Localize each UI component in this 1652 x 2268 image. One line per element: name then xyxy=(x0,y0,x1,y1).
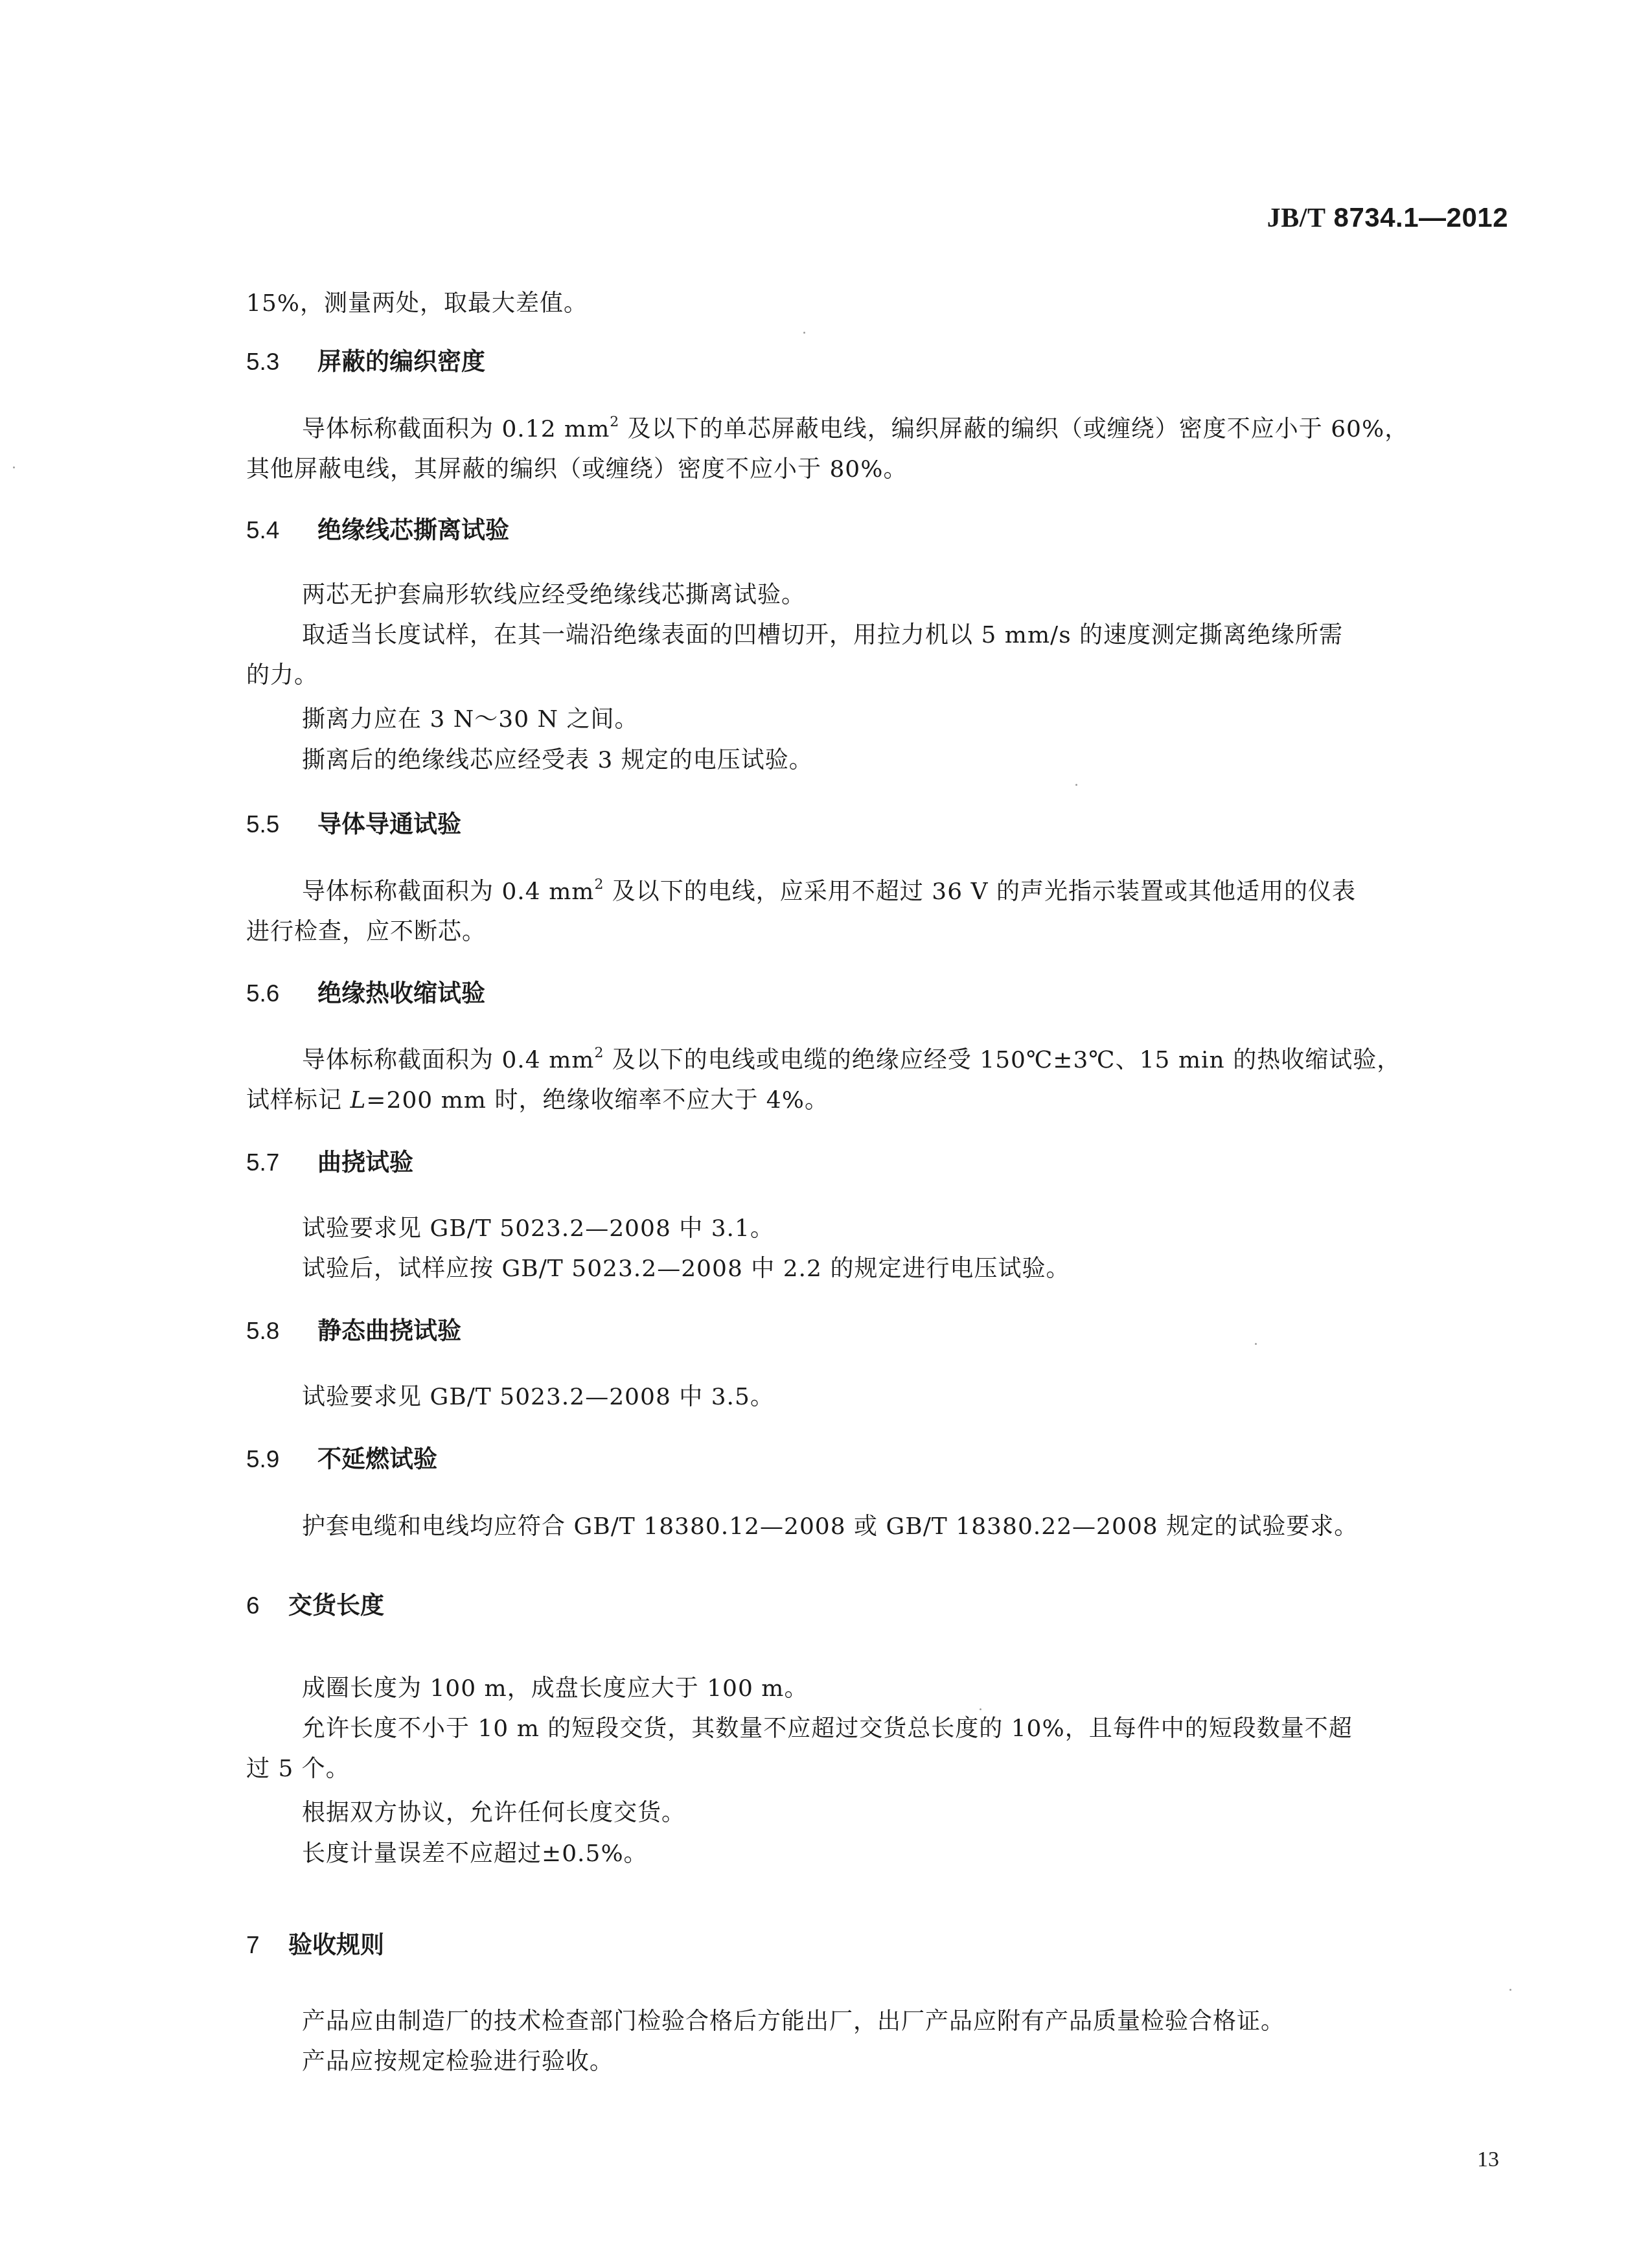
paragraph-continuation: 试样标记 L=200 mm 时，绝缘收缩率不应大于 4%。 xyxy=(246,1082,829,1115)
section-heading-7: 7验收规则 xyxy=(246,1925,384,1960)
scan-speck xyxy=(1075,784,1077,786)
superscript: 2 xyxy=(594,1045,604,1061)
paragraph: 成圈长度为 100 m，成盘长度应大于 100 m。 xyxy=(302,1670,808,1703)
section-heading-6: 6交货长度 xyxy=(246,1586,384,1621)
standard-code: JB/T 8734.1—2012 xyxy=(1267,202,1508,234)
paragraph-continuation: 进行检查，应不断芯。 xyxy=(246,913,486,946)
section-heading-5-7: 5.7曲挠试验 xyxy=(246,1143,413,1178)
paragraph: 撕离后的绝缘线芯应经受表 3 规定的电压试验。 xyxy=(302,742,813,775)
paragraph: 两芯无护套扁形软线应经受绝缘线芯撕离试验。 xyxy=(302,577,805,610)
section-number: 5.9 xyxy=(246,1446,317,1473)
section-title: 屏蔽的编织密度 xyxy=(317,348,485,376)
section-heading-5-5: 5.5导体导通试验 xyxy=(246,805,461,840)
section-number: 5.4 xyxy=(246,517,317,544)
superscript: 2 xyxy=(610,414,619,430)
scan-speck xyxy=(803,332,805,334)
scan-speck xyxy=(1509,1989,1511,1991)
section-title: 不延燃试验 xyxy=(317,1445,437,1473)
standard-code-number: 8734.1—2012 xyxy=(1334,202,1508,233)
section-title: 验收规则 xyxy=(288,1931,384,1959)
scan-speck xyxy=(13,466,15,468)
section-title: 曲挠试验 xyxy=(317,1149,413,1176)
paragraph: 根据双方协议，允许任何长度交货。 xyxy=(302,1794,685,1827)
paragraph: 试验要求见 GB/T 5023.2—2008 中 3.1。 xyxy=(302,1210,774,1243)
section-number: 5.5 xyxy=(246,811,317,838)
section-number: 5.7 xyxy=(246,1149,317,1176)
section-title: 导体导通试验 xyxy=(317,810,461,838)
paragraph: 导体标称截面积为 0.4 mm2 及以下的电线，应采用不超过 36 V 的声光指… xyxy=(302,873,1356,906)
section-heading-5-9: 5.9不延燃试验 xyxy=(246,1439,437,1474)
paragraph: 导体标称截面积为 0.12 mm2 及以下的单芯屏蔽电线，编织屏蔽的编织（或缠绕… xyxy=(302,411,1408,444)
paragraph: 试验要求见 GB/T 5023.2—2008 中 3.5。 xyxy=(302,1379,774,1412)
paragraph: 允许长度不小于 10 m 的短段交货，其数量不应超过交货总长度的 10%，且每件… xyxy=(302,1710,1353,1743)
variable: L xyxy=(350,1087,366,1114)
section-title: 绝缘热收缩试验 xyxy=(317,979,485,1007)
paragraph: 长度计量误差不应超过±0.5%。 xyxy=(302,1835,648,1868)
paragraph-continuation: 的力。 xyxy=(246,657,318,690)
section-title: 绝缘线芯撕离试验 xyxy=(317,516,509,544)
page-number: 13 xyxy=(1477,2148,1499,2172)
paragraph: 产品应由制造厂的技术检查部门检验合格后方能出厂，出厂产品应附有产品质量检验合格证… xyxy=(302,2003,1285,2036)
paragraph: 导体标称截面积为 0.4 mm2 及以下的电线或电缆的绝缘应经受 150℃±3℃… xyxy=(302,1042,1401,1075)
continuation-text: 15%，测量两处，取最大差值。 xyxy=(246,285,588,318)
section-number: 5.8 xyxy=(246,1318,317,1345)
section-heading-5-3: 5.3屏蔽的编织密度 xyxy=(246,342,485,377)
paragraph: 试验后，试样应按 GB/T 5023.2—2008 中 2.2 的规定进行电压试… xyxy=(302,1250,1070,1283)
section-number: 5.3 xyxy=(246,349,317,376)
section-number: 7 xyxy=(246,1932,288,1959)
text-run: 及以下的单芯屏蔽电线，编织屏蔽的编织（或缠绕）密度不应小于 60%， xyxy=(619,416,1408,442)
text-run: 及以下的电线，应采用不超过 36 V 的声光指示装置或其他适用的仪表 xyxy=(604,878,1356,905)
text-run: 导体标称截面积为 0.4 mm xyxy=(302,878,594,905)
paragraph: 护套电缆和电线均应符合 GB/T 18380.12—2008 或 GB/T 18… xyxy=(302,1508,1358,1541)
text-run: 及以下的电线或电缆的绝缘应经受 150℃±3℃、15 min 的热收缩试验， xyxy=(604,1047,1401,1073)
section-heading-5-6: 5.6绝缘热收缩试验 xyxy=(246,974,485,1009)
paragraph-continuation: 其他屏蔽电线，其屏蔽的编织（或缠绕）密度不应小于 80%。 xyxy=(246,451,907,484)
section-heading-5-8: 5.8静态曲挠试验 xyxy=(246,1311,461,1346)
section-number: 6 xyxy=(246,1592,288,1620)
section-title: 交货长度 xyxy=(288,1592,384,1620)
standard-code-prefix: JB/T xyxy=(1267,203,1326,233)
scan-speck xyxy=(980,1708,981,1710)
superscript: 2 xyxy=(594,876,604,893)
paragraph-continuation: 过 5 个。 xyxy=(246,1750,350,1783)
text-run: 导体标称截面积为 0.12 mm xyxy=(302,416,610,442)
section-title: 静态曲挠试验 xyxy=(317,1317,461,1345)
paragraph: 取适当长度试样，在其一端沿绝缘表面的凹槽切开，用拉力机以 5 mm/s 的速度测… xyxy=(302,617,1343,650)
scan-speck xyxy=(1255,1343,1257,1345)
text-run: =200 mm 时，绝缘收缩率不应大于 4%。 xyxy=(366,1087,829,1114)
text-run: 试样标记 xyxy=(246,1087,350,1114)
text-run: 导体标称截面积为 0.4 mm xyxy=(302,1047,594,1073)
section-number: 5.6 xyxy=(246,980,317,1007)
section-heading-5-4: 5.4绝缘线芯撕离试验 xyxy=(246,510,509,545)
paragraph: 产品应按规定检验进行验收。 xyxy=(302,2043,614,2076)
paragraph: 撕离力应在 3 N～30 N 之间。 xyxy=(302,701,639,734)
